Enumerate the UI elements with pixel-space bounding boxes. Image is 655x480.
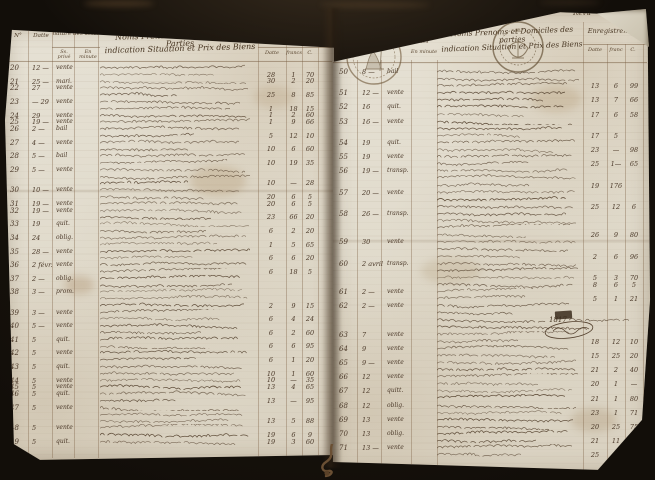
enregistrement-values: 865 <box>331 281 651 288</box>
register-row: 383 —prom.2915 <box>4 288 334 308</box>
entry-nature: vente <box>387 331 433 338</box>
enregistrement-values: 10—28 <box>4 179 334 186</box>
enregistrement-values: 251—65 <box>331 160 651 167</box>
register-row: 659 —vente21240 <box>331 359 651 373</box>
register-row: 3424oblig.1565 <box>4 234 334 248</box>
handwriting-line-wrap <box>100 166 334 173</box>
register-row: 5112 —vente13766 <box>331 89 651 103</box>
handwriting-line <box>437 402 576 409</box>
register-row: 5720 —vente25126 <box>331 189 651 210</box>
entry-nature: prom. <box>56 288 100 295</box>
handwriting-line-wrap <box>437 189 651 196</box>
entry-nature: vente <box>56 166 100 173</box>
enregistrement-values: 25420 <box>331 451 651 458</box>
register-row: 865 <box>331 281 651 288</box>
handwriting-line-wrap <box>437 238 651 245</box>
column-header-date: Datte <box>359 38 381 44</box>
handwriting-line <box>437 210 566 217</box>
enregistrement-values: 13—95 <box>4 397 334 404</box>
register-row: 465quit.13—95 <box>4 390 334 404</box>
enregistrement-values: 5121 <box>331 295 651 302</box>
handwriting-line-wrap <box>437 68 651 75</box>
column-header-nature: nature des actes <box>52 32 100 38</box>
entry-nature: vente <box>387 118 433 125</box>
handwriting-line <box>437 167 572 174</box>
entry-nature: vente <box>387 89 433 96</box>
entry-number: 62 <box>339 302 359 310</box>
closing-note-row: 1817 <box>331 316 651 330</box>
entry-date: 30 <box>362 238 386 246</box>
handwriting-line <box>437 331 570 338</box>
entry-number: 38 <box>10 288 30 296</box>
register-row: 7113 —vente25420 <box>331 444 651 458</box>
enregistrement-values: 101935 <box>4 159 334 166</box>
register-row: 5930vente2696 <box>331 238 651 259</box>
column-subheader-reg-francs: francs <box>286 51 302 56</box>
entry-date: 19 — <box>362 167 386 175</box>
entry-nature: vente <box>387 416 433 423</box>
handwriting-line-wrap <box>437 89 651 96</box>
handwriting-line <box>437 217 576 224</box>
entry-number: 53 <box>339 118 359 126</box>
handwriting-line <box>437 118 574 125</box>
register-row: 295 —vente10—28 <box>4 166 334 186</box>
handwriting-line <box>437 288 570 295</box>
entry-date: 16 — <box>362 118 386 126</box>
handwriting-line-wrap <box>437 245 651 252</box>
entry-number: 37 <box>10 275 30 283</box>
column-header-date: Datte <box>30 34 52 40</box>
handwriting-line <box>437 75 579 82</box>
enregistrement-values: 2696 <box>331 253 651 260</box>
handwriting-line <box>100 282 232 289</box>
handwriting-line-wrap <box>437 103 651 110</box>
column-subheader-reg-c: C. <box>625 48 641 53</box>
register-row: 5826 —transp.26980 <box>331 210 651 238</box>
handwriting-line <box>437 224 570 231</box>
handwriting-line-wrap <box>437 125 651 132</box>
register-row: 23— 29vente11815 <box>4 98 334 112</box>
handwriting-line <box>100 288 242 295</box>
column-subheader-reg-date: Datte <box>258 51 286 56</box>
handwriting-line <box>437 245 568 252</box>
handwriting-line-wrap <box>100 275 334 282</box>
register-page-right: Datte nature des actes En minute Noms Pr… <box>331 8 651 476</box>
handwriting-line-wrap <box>437 167 651 174</box>
enregistrement-values: 202575 <box>331 423 651 430</box>
manuscript-photo: N° Datte nature des actes Ss. privé En m… <box>0 0 655 480</box>
handwriting-line <box>437 68 576 75</box>
handwriting-line <box>437 416 573 423</box>
handwriting-line-wrap <box>100 282 334 289</box>
entry-date: 5 <box>32 404 56 412</box>
enregistrement-values: 26980 <box>331 231 651 238</box>
entry-date: 8 — <box>362 68 386 76</box>
reg-centimes-value: 10 <box>626 437 642 445</box>
register-row: 5216quit.17658 <box>331 103 651 117</box>
column-subheader-en-minute: En minute <box>76 50 100 61</box>
enregistrement-values: 21240 <box>331 366 651 373</box>
entry-date: 5 — <box>32 166 56 174</box>
register-row: 637vente181210 <box>331 331 651 345</box>
column-header-no: N° <box>8 34 28 40</box>
reg-date-value: 19 <box>260 438 282 446</box>
register-row: 5419quit.23—98 <box>331 139 651 153</box>
enregistrement-values: 13465 <box>4 383 334 390</box>
handwriting-line-wrap <box>437 210 651 217</box>
reg-date-value: 25 <box>585 451 605 459</box>
handwriting-line-wrap <box>437 174 651 181</box>
handwriting-line-wrap <box>437 373 651 380</box>
enregistrement-values: 1966 <box>4 118 334 125</box>
column-header-enregistrement: Enregistrement <box>258 34 332 41</box>
entry-nature: quit. <box>387 139 433 146</box>
handwriting-line-wrap <box>437 75 651 82</box>
enregistrement-values: 21180 <box>331 395 651 402</box>
handwriting-line <box>100 404 239 411</box>
handwriting-line-wrap <box>437 139 651 146</box>
register-row: 425vente6120 <box>4 349 334 363</box>
entry-number: 29 <box>10 166 30 174</box>
entry-nature: transp. <box>387 210 433 217</box>
register-row: 285 —bail101935 <box>4 152 334 166</box>
handwriting-line <box>437 139 576 146</box>
enregistrement-values: 152520 <box>331 352 651 359</box>
enregistrement-values: 51210 <box>4 132 334 139</box>
binding-gutter-shadow <box>322 8 342 468</box>
enregistrement-values: 6424 <box>4 315 334 322</box>
register-row: 3010 —vente2065 <box>4 186 334 200</box>
handwriting-line <box>437 267 578 274</box>
enregistrement-values: 236620 <box>4 213 334 220</box>
register-row: 5619 —transp.19176 <box>331 167 651 188</box>
reg-francs-value: 4 <box>608 451 624 459</box>
handwriting-line-wrap <box>437 402 651 409</box>
entry-number: 58 <box>339 210 359 218</box>
register-row: 3319quit.6220 <box>4 220 334 234</box>
register-row: 372 —oblig. <box>4 275 334 289</box>
handwriting-line-wrap <box>437 309 651 316</box>
handwriting-line-wrap <box>437 302 651 309</box>
column-header-nature: nature des actes <box>401 34 441 46</box>
entry-nature: vente <box>56 404 100 411</box>
enregistrement-values: 2065 <box>4 200 334 207</box>
register-row: 2227vente25885 <box>4 84 334 98</box>
header-rule <box>6 61 332 62</box>
entry-nature: transp. <box>387 260 433 267</box>
handwriting-line <box>437 260 576 267</box>
register-row: 5316 —vente175 <box>331 118 651 139</box>
entry-nature: vente <box>387 288 433 295</box>
register-row: 2125 —mari.30220 <box>4 78 334 85</box>
register-row: 475vente13588 <box>4 404 334 424</box>
handwriting-line-wrap <box>437 387 651 394</box>
handwriting-line <box>437 345 569 352</box>
reg-centimes-value: 20 <box>626 451 642 459</box>
register-row: 508 —bail13699 <box>331 68 651 89</box>
entry-number: 47 <box>10 404 30 412</box>
register-row: 6812oblig.23171 <box>331 402 651 416</box>
handwriting-line <box>437 373 578 380</box>
entry-nature: oblig. <box>387 402 433 409</box>
entry-number: 50 <box>339 68 359 76</box>
enregistrement-values: 6185 <box>4 268 334 275</box>
background-streak <box>540 0 600 5</box>
binding-thread-icon <box>312 444 348 480</box>
enregistrement-values: 211110 <box>331 437 651 444</box>
register-row: 435quit.10160 <box>4 363 334 377</box>
entry-text-lines <box>437 302 651 316</box>
entry-nature: transp. <box>387 167 433 174</box>
register-row: 6913vente202575 <box>331 416 651 430</box>
enregistrement-values: 13766 <box>331 96 651 103</box>
enregistrement-values: 1565 <box>4 241 334 248</box>
column-subheader-en-minute: En minute <box>409 50 439 55</box>
handwriting-line <box>437 359 576 366</box>
entry-number: 59 <box>339 238 359 246</box>
handwriting-line <box>437 153 572 160</box>
register-row: 2012 —vente28170 <box>4 64 334 78</box>
column-subheader-sous-prive: Ss. privé <box>53 50 75 61</box>
enregistrement-values: 19360 <box>4 438 334 445</box>
register-row: 649vente152520 <box>331 345 651 359</box>
header-rule <box>583 44 647 45</box>
entry-number: 60 <box>339 260 359 268</box>
handwriting-line <box>437 196 566 203</box>
handwriting-line <box>437 103 566 110</box>
register-row: 3528 —vente6620 <box>4 248 334 262</box>
enregistrement-values: 6120 <box>4 356 334 363</box>
register-rows: 508 —bail136995112 —vente137665216quit.1… <box>331 68 651 458</box>
handwriting-line-wrap <box>437 444 651 451</box>
register-row: 495quit.19360 <box>4 438 334 445</box>
register-row: 262 —bail51210 <box>4 125 334 139</box>
register-row: 2519 —vente1966 <box>4 118 334 125</box>
handwriting-line <box>100 166 245 173</box>
handwriting-line <box>437 174 577 181</box>
entry-nature: quit. <box>387 103 433 110</box>
handwriting-line-wrap <box>100 288 334 295</box>
register-row: 5519vente251—65 <box>331 153 651 167</box>
enregistrement-values: 17658 <box>331 111 651 118</box>
handwriting-line-wrap <box>437 217 651 224</box>
register-row: 455vente13465 <box>4 383 334 390</box>
register-row: 622 —vente <box>331 302 651 316</box>
register-row: 274 —vente10660 <box>4 139 334 153</box>
entry-nature: vente <box>387 238 433 245</box>
handwriting-line <box>437 238 578 245</box>
handwriting-line-wrap <box>100 404 334 411</box>
handwriting-line-wrap <box>437 430 651 437</box>
handwriting-line <box>437 387 572 394</box>
background-streak <box>84 0 154 7</box>
entry-nature: vente <box>387 302 433 309</box>
header-rule <box>52 47 100 48</box>
entry-date: 26 — <box>362 210 386 218</box>
enregistrement-values: 181210 <box>331 338 651 345</box>
entry-nature: quitt. <box>387 387 433 394</box>
handwriting-line-wrap <box>437 267 651 274</box>
handwriting-line <box>437 302 569 309</box>
handwriting-line <box>100 275 240 282</box>
handwriting-line <box>437 444 572 451</box>
register-row: 415quit.6695 <box>4 336 334 350</box>
enregistrement-values: 19176 <box>331 182 651 189</box>
register-page-left: N° Datte nature des actes Ss. privé En m… <box>4 26 334 462</box>
register-row: 3219 —vente236620 <box>4 207 334 221</box>
handwriting-line-wrap <box>437 260 651 267</box>
handwriting-line <box>437 316 547 323</box>
entry-nature: vente <box>387 373 433 380</box>
entry-nature: vente <box>387 444 433 451</box>
handwriting-line-wrap <box>437 331 651 338</box>
register-row: 3119 —vente2065 <box>4 200 334 207</box>
entry-date: 2 — <box>362 302 386 310</box>
register-row: 393 —vente6424 <box>4 309 334 323</box>
register-row: 362 févr.vente6185 <box>4 261 334 275</box>
handwriting-line <box>437 89 565 96</box>
entry-number: 56 <box>339 167 359 175</box>
reg-francs-value: 3 <box>286 438 301 446</box>
entry-number: 57 <box>339 189 359 197</box>
enregistrement-values: 175 <box>331 132 651 139</box>
enregistrement-values: 23171 <box>331 409 651 416</box>
enregistrement-values: 10660 <box>4 145 334 152</box>
page-title-line2: indication Situation et Prix des Biens <box>102 43 258 56</box>
enregistrement-values: 25885 <box>4 91 334 98</box>
enregistrement-values: 2915 <box>4 302 334 309</box>
handwriting-line <box>437 430 570 437</box>
enregistrement-values: 30220 <box>4 77 334 84</box>
column-subheader-reg-francs: franc <box>607 48 625 53</box>
handwriting-line-wrap <box>437 345 651 352</box>
entry-date: 2 — <box>32 275 56 283</box>
entry-nature: vente <box>387 345 433 352</box>
entry-date: 2 avril <box>362 260 386 268</box>
entry-nature: vente <box>387 153 433 160</box>
register-row: 405 —vente6260 <box>4 322 334 336</box>
enregistrement-values: 5370 <box>331 274 651 281</box>
enregistrement-values: 6620 <box>4 254 334 261</box>
entry-text-lines <box>100 275 334 289</box>
handwriting-line-wrap <box>437 359 651 366</box>
register-row: 6612vente201— <box>331 373 651 387</box>
register-row: 602 avriltransp.5370 <box>331 260 651 281</box>
enregistrement-values: 23—98 <box>331 146 651 153</box>
handwriting-line-wrap <box>437 196 651 203</box>
entry-date: 3 — <box>32 288 56 296</box>
header-rule <box>258 47 332 48</box>
enregistrement-values: 6220 <box>4 227 334 234</box>
enregistrement-values: 25126 <box>331 203 651 210</box>
handwriting-line-wrap <box>437 153 651 160</box>
enregistrement-values: 6695 <box>4 342 334 349</box>
handwriting-line-wrap <box>437 288 651 295</box>
handwriting-line-wrap <box>437 224 651 231</box>
register-row: 485vente1969 <box>4 424 334 438</box>
handwriting-line-wrap <box>437 416 651 423</box>
handwriting-line <box>437 125 566 132</box>
register-row: 612 —vente5121 <box>331 288 651 302</box>
enregistrement-values: 6260 <box>4 329 334 336</box>
handwriting-line-wrap <box>437 118 651 125</box>
enregistrement-values: 13699 <box>331 82 651 89</box>
column-subheader-reg-c: C. <box>302 51 318 56</box>
entry-nature: vente <box>387 189 433 196</box>
entry-nature: oblig. <box>56 275 100 282</box>
register-row: 7013oblig.211110 <box>331 430 651 444</box>
enregistrement-values: 13588 <box>4 417 334 424</box>
enregistrement-values: 201— <box>331 380 651 387</box>
handwriting-line <box>437 189 575 196</box>
handwriting-line <box>437 309 515 316</box>
register-rows: 2012 —vente281702125 —mari.302202227vent… <box>4 64 334 445</box>
entry-nature: oblig. <box>387 430 433 437</box>
entry-date: 20 — <box>362 189 386 197</box>
column-subheader-reg-date: Datte <box>583 48 607 53</box>
entry-nature: vente <box>387 359 433 366</box>
entry-nature: bail <box>387 68 433 75</box>
register-row: 6712quitt.21180 <box>331 387 651 401</box>
